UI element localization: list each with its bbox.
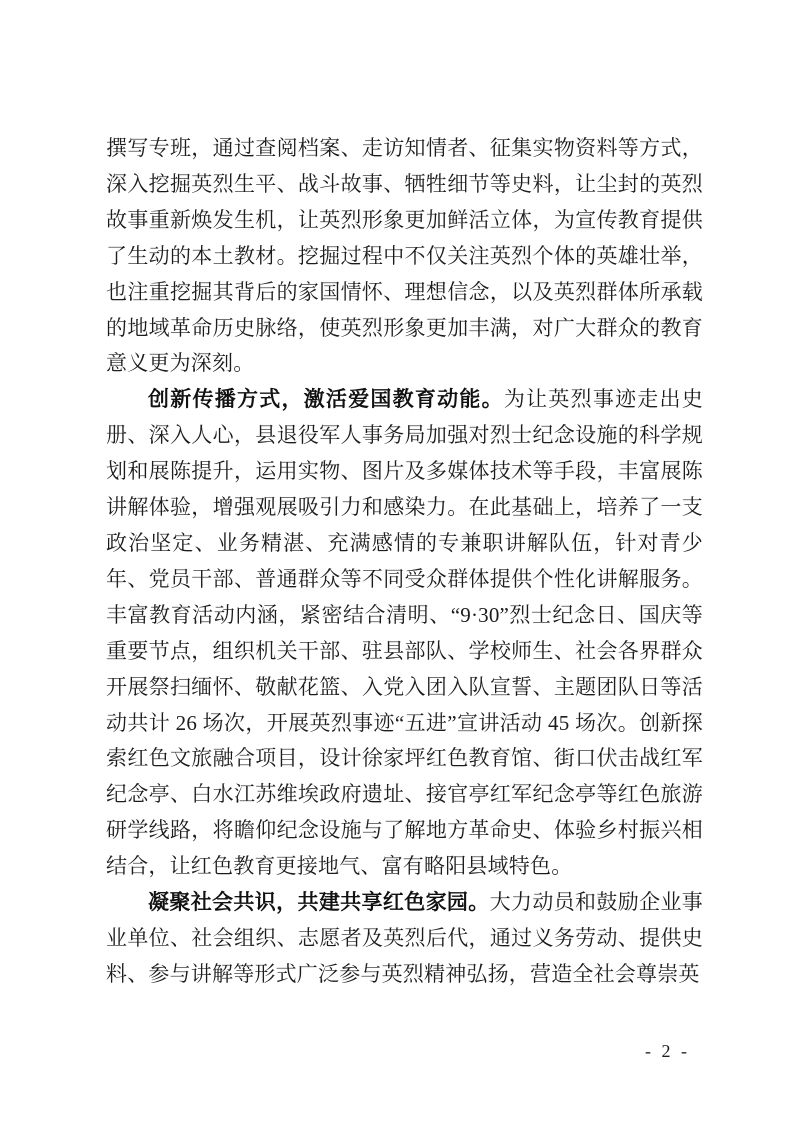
paragraph-innovate-communication: 创新传播方式，激活爱国教育动能。为让英烈事迹走出史册、深入人心，县退役军人事务局… (106, 382, 703, 885)
document-body: 撰写专班，通过查阅档案、走访知情者、征集实物资料等方式，深入挖掘英烈生平、战斗故… (106, 131, 703, 993)
page-number: - 2 - (645, 1041, 690, 1061)
paragraph-lead-bold: 创新传播方式，激活爱国教育动能。 (148, 387, 504, 411)
paragraph-lead-bold: 凝聚社会共识，共建共享红色家园。 (148, 890, 490, 914)
paragraph-social-consensus: 凝聚社会共识，共建共享红色家园。大力动员和鼓励企业事业单位、社会组织、志愿者及英… (106, 885, 703, 993)
paragraph-continuation: 撰写专班，通过查阅档案、走访知情者、征集实物资料等方式，深入挖掘英烈生平、战斗故… (106, 131, 703, 382)
document-page: 撰写专班，通过查阅档案、走访知情者、征集实物资料等方式，深入挖掘英烈生平、战斗故… (0, 0, 793, 1122)
paragraph-text: 撰写专班，通过查阅档案、走访知情者、征集实物资料等方式，深入挖掘英烈生平、战斗故… (106, 136, 703, 375)
paragraph-text: 为让英烈事迹走出史册、深入人心，县退役军人事务局加强对烈士纪念设施的科学规划和展… (106, 387, 703, 878)
page-footer: - 2 - (645, 1041, 690, 1062)
